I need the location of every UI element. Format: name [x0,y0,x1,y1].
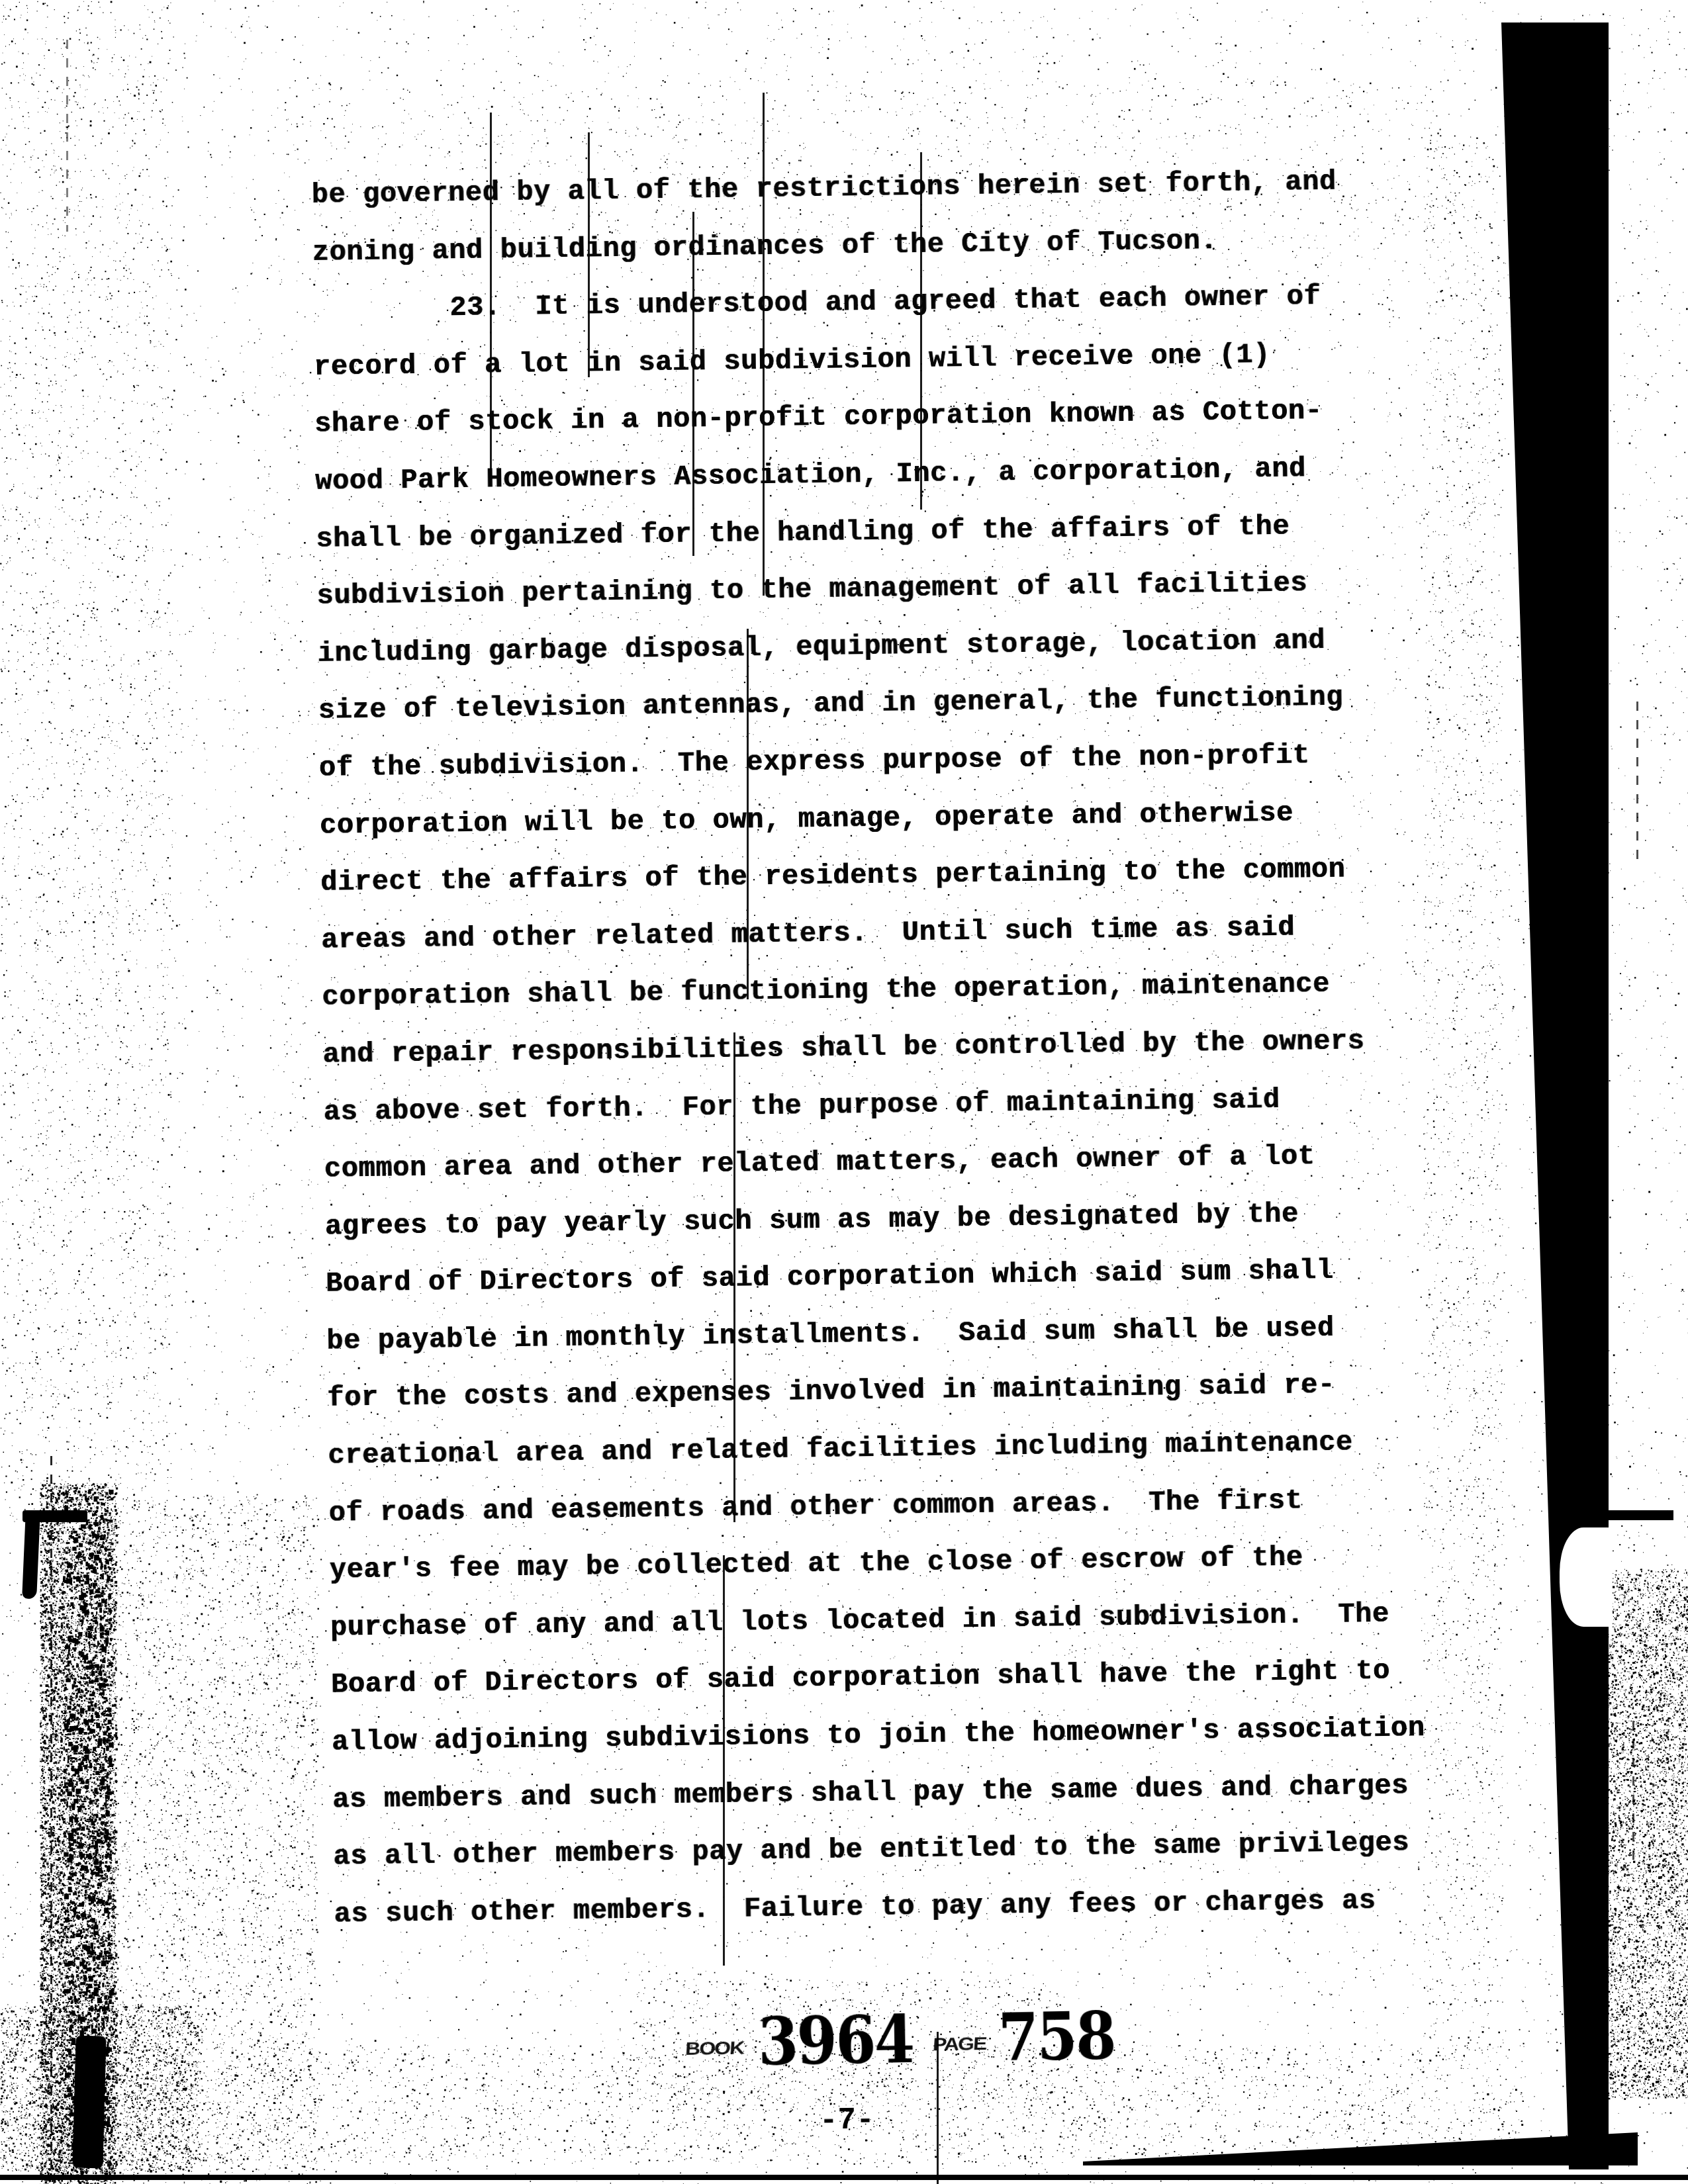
scan-artifact-horizontal-mark [1583,1510,1673,1520]
scan-artifact-bottom-right-wedge [1083,2132,1638,2165]
stamp-book-number: 3964 [757,2000,914,2081]
scan-artifact-dashed-line [1636,702,1638,867]
scanned-document-page: be governed by all of the restrictions h… [0,0,1688,2184]
scan-artifact-right-black-bar [1501,23,1609,2169]
scan-artifact-dashed-line [66,40,68,232]
scan-artifact-bottom-edge-line [0,2175,1688,2180]
scan-artifact-dashed-line [1632,1721,1634,1866]
scan-artifact-left-bottom-bar [72,2035,106,2168]
stamp-book-label: BOOK [684,2038,744,2060]
recorder-stamp: BOOK 3964 PAGE 758 [684,1996,1132,2082]
page-number: -7- [820,2103,875,2138]
stamp-page-number: 758 [998,1997,1115,2077]
document-text: be governed by all of the restrictions h… [311,152,1427,1943]
stamp-page-label: PAGE [932,2033,986,2055]
scan-artifact-dashed-line [50,1456,52,2177]
scan-artifact-bar-notch [1560,1527,1613,1627]
scan-artifact-left-bracket-hook [22,1512,40,1600]
